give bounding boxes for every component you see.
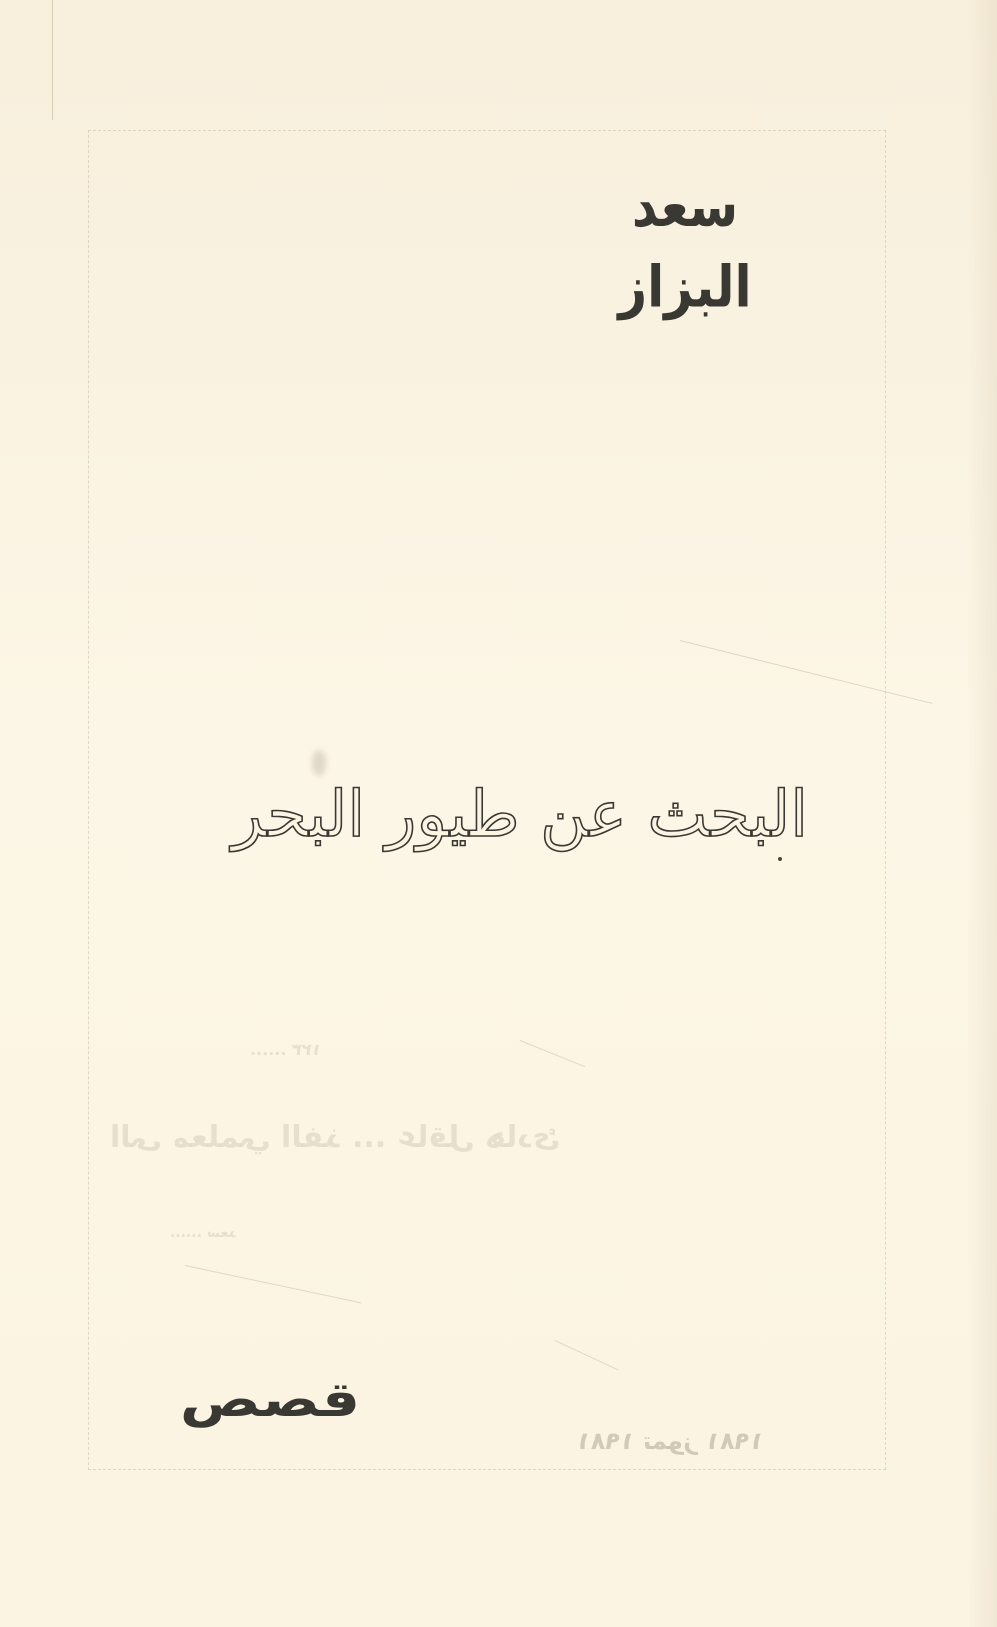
book-title: البحث عن طيور البحر: [80, 770, 960, 860]
bleed-through-signature: ...... سعد: [170, 1225, 237, 1241]
series-logo: قصص: [133, 1370, 408, 1430]
bleed-through-date: ١٩٨١ تموز ١٩٨١: [540, 1427, 800, 1455]
bleed-through-line-1: ...... ١٢٣: [250, 1040, 321, 1059]
bleed-through-dedication: الى معلمي الفذ ... عاقل هادئ: [110, 1120, 560, 1155]
page-edge-left: [52, 0, 53, 120]
book-title-page: سعد البزاز البحث عن طيور البحر ...... ١٢…: [0, 0, 997, 1627]
author-name: سعد البزاز: [560, 166, 810, 258]
page-edge-shadow: [967, 0, 997, 1627]
stray-dot: [778, 857, 782, 861]
